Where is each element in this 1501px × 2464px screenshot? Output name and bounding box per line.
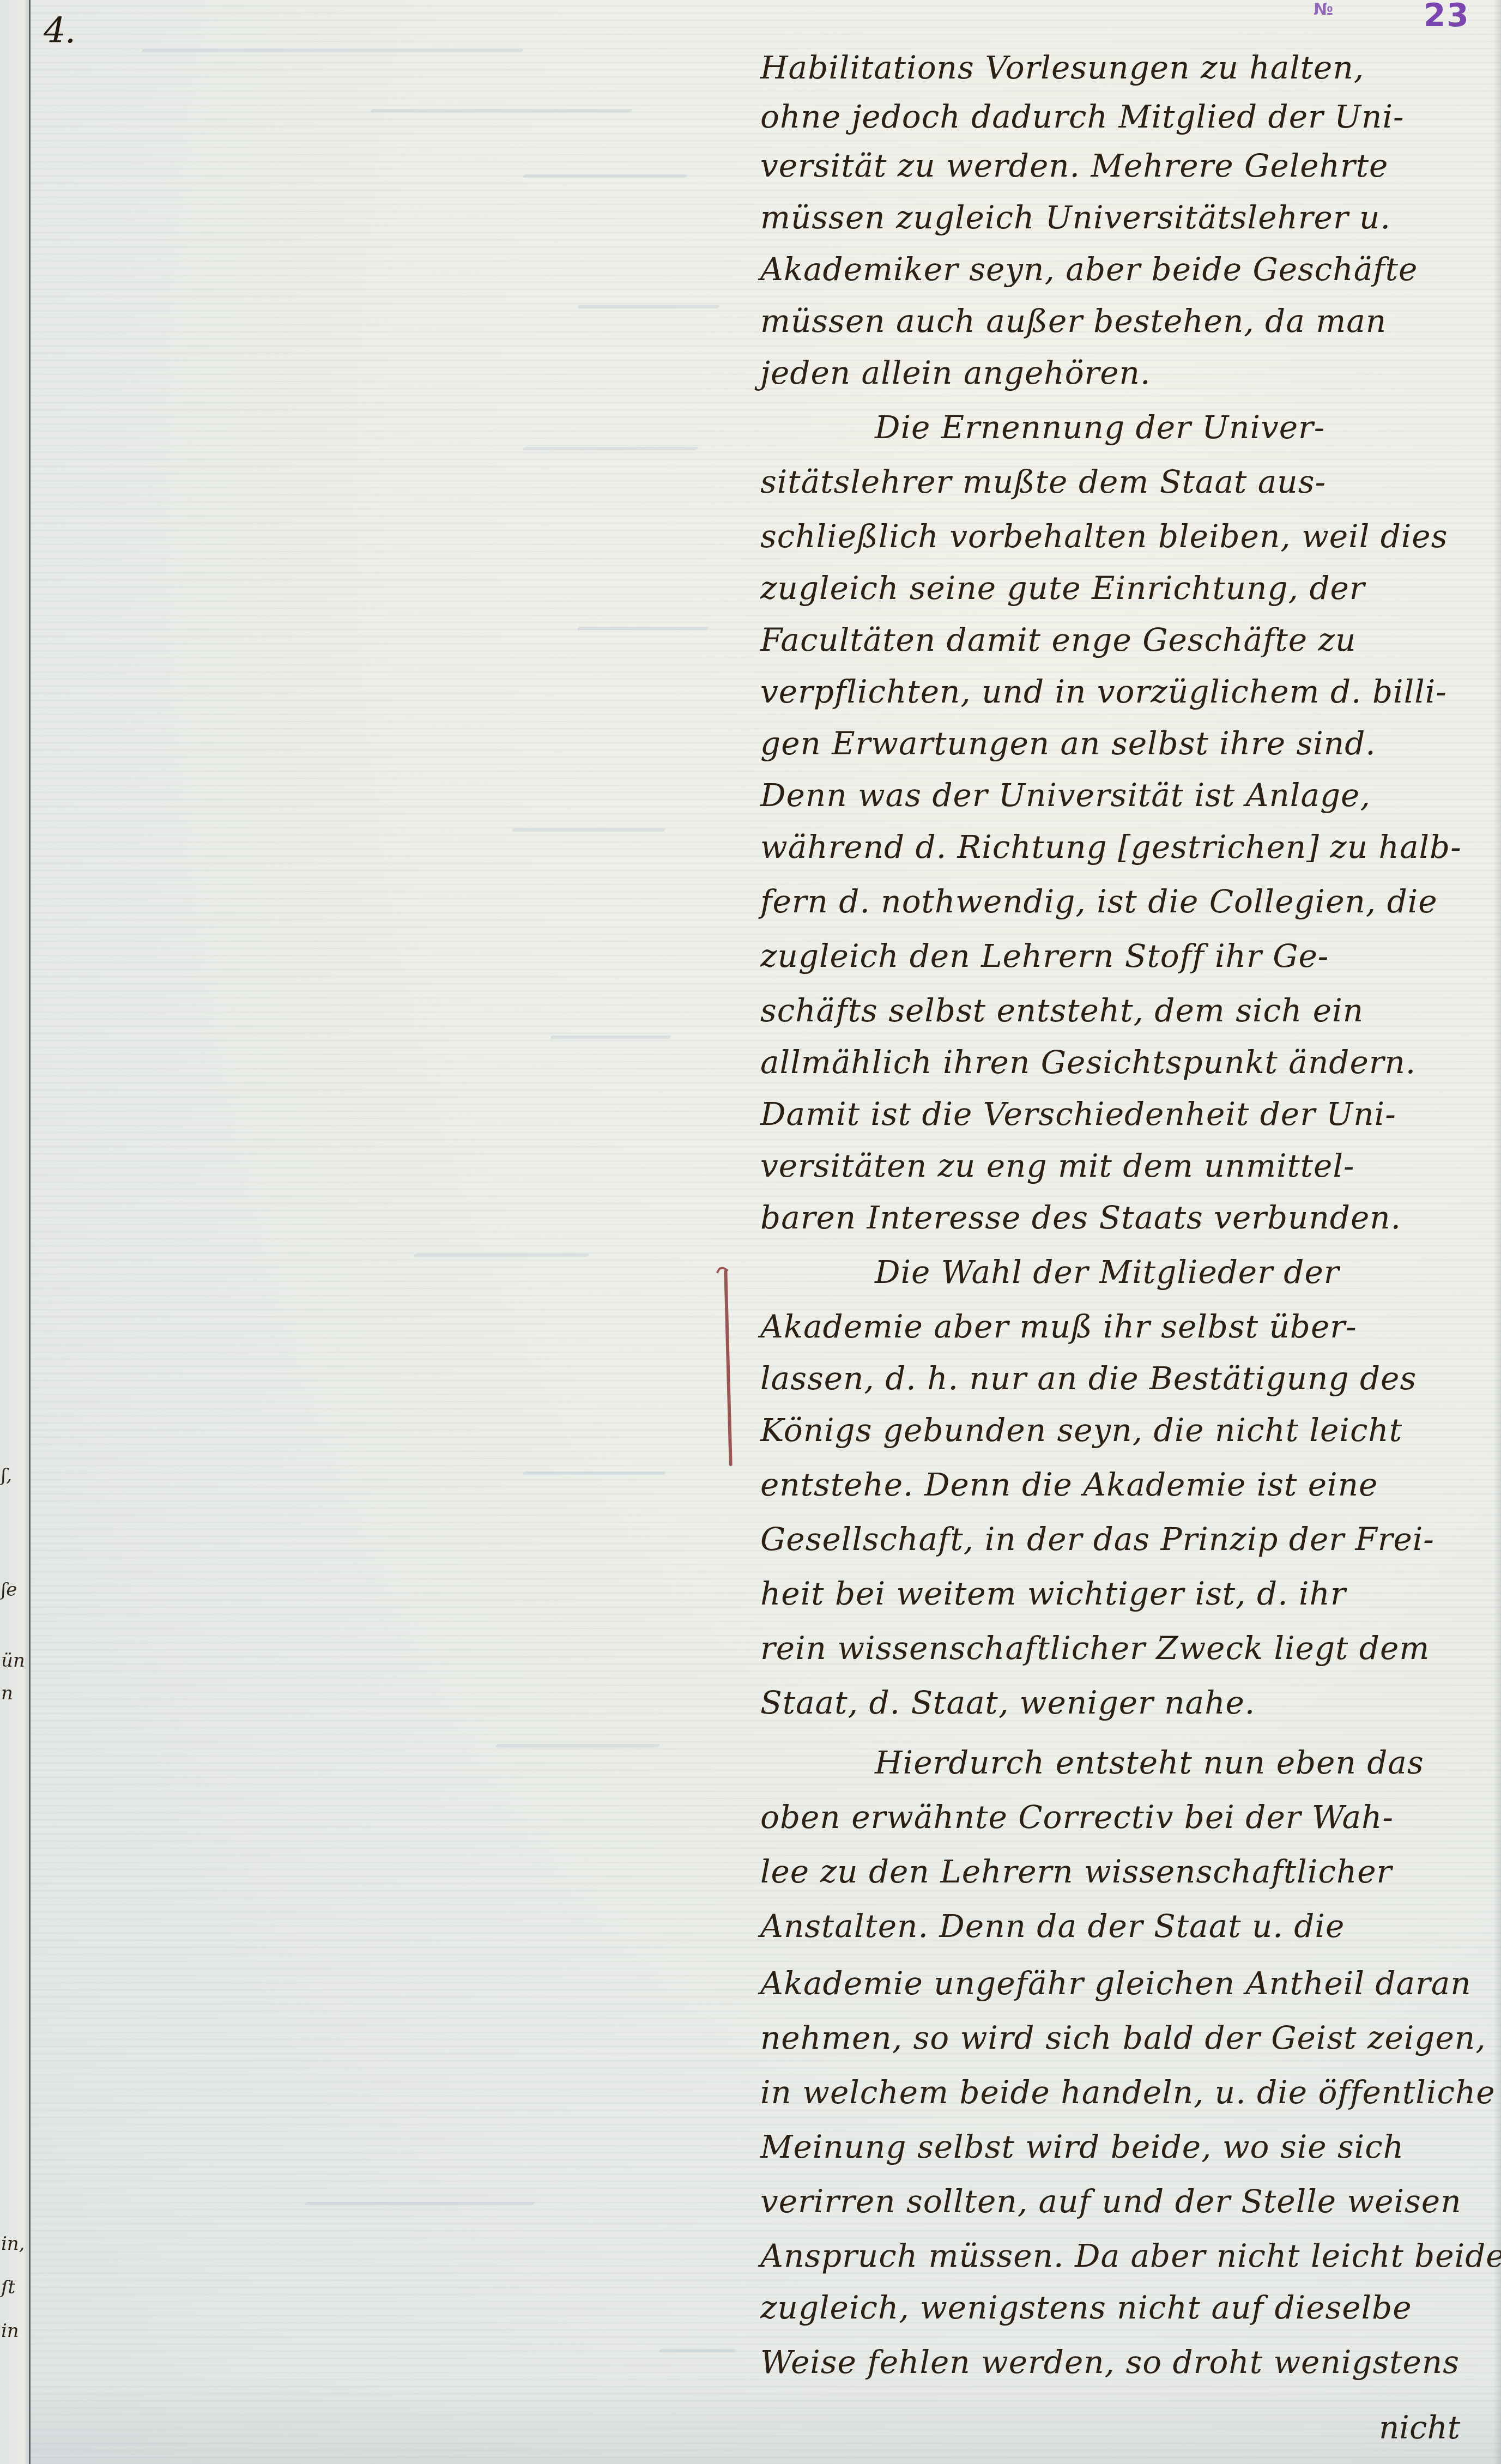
show-through-ink [522, 1472, 665, 1475]
manuscript-line: schäfts selbst entsteht, dem sich ein [760, 992, 1364, 1029]
manuscript-line: gen Erwartungen an selbst ihre sind. [760, 725, 1376, 762]
manuscript-line: in welchem beide handeln, u. die öffentl… [760, 2074, 1496, 2111]
show-through-ink [370, 109, 633, 112]
manuscript-line: zugleich, wenigstens nicht auf dieselbe [760, 2289, 1412, 2326]
show-through-ink [304, 2202, 535, 2205]
manuscript-line: versitäten zu eng mit dem unmittel- [760, 1147, 1355, 1184]
paragraph-start-line: Die Ernennung der Univer- [760, 409, 1325, 446]
manuscript-line: baren Interesse des Staats verbunden. [760, 1199, 1401, 1236]
manuscript-line: versität zu werden. Mehrere Gelehrte [760, 147, 1388, 184]
manuscript-line: verirren sollten, auf und der Stelle wei… [760, 2183, 1462, 2220]
manuscript-line: müssen auch außer bestehen, da man [760, 302, 1387, 340]
edge-text-fragment: ʃe [1, 1581, 17, 1599]
line-text: während d. Richtung [gestrichen] zu halb… [760, 828, 1462, 865]
manuscript-line: Akademie aber muß ihr selbst über- [760, 1308, 1357, 1345]
manuscript-line: jeden allein angehören. [760, 354, 1151, 391]
manuscript-line: Anstalten. Denn da der Staat u. die [760, 1908, 1345, 1945]
manuscript-line: oben erwähnte Correctiv bei der Wah- [760, 1799, 1394, 1836]
show-through-ink [577, 627, 709, 630]
show-through-ink [658, 2349, 736, 2352]
manuscript-line: sitätslehrer mußte dem Staat aus- [760, 463, 1326, 500]
manuscript-line: entstehe. Denn die Akademie ist eine [760, 1466, 1378, 1503]
archive-stamp-mark: № [1314, 0, 1333, 19]
manuscript-line: nehmen, so wird sich bald der Geist zeig… [760, 2019, 1486, 2056]
manuscript-line: zugleich den Lehrern Stoff ihr Ge- [760, 937, 1329, 974]
show-through-ink [413, 1254, 589, 1257]
manuscript-line: schließlich vorbehalten bleiben, weil di… [760, 518, 1448, 555]
manuscript-line: fern d. nothwendig, ist die Collegien, d… [760, 883, 1438, 920]
manuscript-line: lee zu den Lehrern wissenschaftlicher [760, 1853, 1392, 1890]
paragraph-start-line: Hierdurch entsteht nun eben das [760, 1744, 1424, 1781]
page-right-edge [1493, 0, 1501, 2464]
archive-stamp-number: 23 [1424, 0, 1470, 34]
manuscript-line: Damit ist die Verschiedenheit der Uni- [760, 1095, 1396, 1133]
show-through-ink [577, 305, 720, 308]
manuscript-line: Weise fehlen werden, so droht wenigstens [760, 2344, 1460, 2381]
manuscript-line-with-deletion: während d. Richtung [gestrichen] zu halb… [760, 828, 1462, 865]
manuscript-line: ohne jedoch dadurch Mitglied der Uni- [760, 98, 1405, 135]
manuscript-line: allmählich ihren Gesichtspunkt ändern. [760, 1044, 1416, 1081]
manuscript-line: Anspruch müssen. Da aber nicht leicht be… [760, 2237, 1501, 2274]
edge-text-fragment: n [1, 1684, 13, 1703]
adjacent-leaf-edge: ʃ, ʃe ün n in, ſt in [0, 0, 31, 2464]
manuscript-line: lassen, d. h. nur an die Bestätigung des [760, 1360, 1417, 1397]
edge-text-fragment: ſt [1, 2278, 15, 2297]
manuscript-line: Facultäten damit enge Geschäfte zu [760, 621, 1356, 658]
manuscript-line: Denn was der Universität ist Anlage, [760, 777, 1371, 814]
manuscript-line: Akademiker seyn, aber beide Geschäfte [760, 251, 1418, 288]
show-through-ink [141, 49, 524, 52]
manuscript-line: Staat, d. Staat, weniger nahe. [760, 1684, 1255, 1721]
manuscript-line: Habilitations Vorlesungen zu halten, [760, 49, 1364, 86]
manuscript-line: Gesellschaft, in der das Prinzip der Fre… [760, 1521, 1435, 1558]
show-through-ink [495, 1744, 660, 1747]
paragraph-start-line: Die Wahl der Mitglieder der [760, 1254, 1340, 1291]
show-through-ink [511, 828, 665, 832]
manuscript-line: verpflichten, und in vorzüglichem d. bil… [760, 673, 1447, 710]
edge-text-fragment: in [1, 2322, 19, 2340]
manuscript-line: Akademie ungefähr gleichen Antheil daran [760, 1965, 1472, 2002]
scan-shadow [31, 2377, 1501, 2464]
manuscript-line: zugleich seine gute Einrichtung, der [760, 570, 1365, 607]
manuscript-line: Königs gebunden seyn, die nicht leicht [760, 1412, 1402, 1449]
edge-text-fragment: ün [1, 1651, 25, 1670]
manuscript-line: rein wissenschaftlicher Zweck liegt dem [760, 1630, 1430, 1667]
edge-text-fragment: in, [1, 2235, 25, 2253]
show-through-ink [549, 1036, 671, 1039]
blank-left-column [33, 0, 741, 2464]
show-through-ink [522, 447, 698, 450]
show-through-ink [522, 174, 687, 178]
folio-number: 4. [44, 11, 75, 51]
manuscript-line: Meinung selbst wird beide, wo sie sich [760, 2128, 1404, 2165]
manuscript-line: heit bei weitem wichtiger ist, d. ihr [760, 1575, 1346, 1612]
manuscript-line: müssen zugleich Universitätslehrer u. [760, 199, 1391, 236]
edge-text-fragment: ʃ, [1, 1466, 12, 1485]
